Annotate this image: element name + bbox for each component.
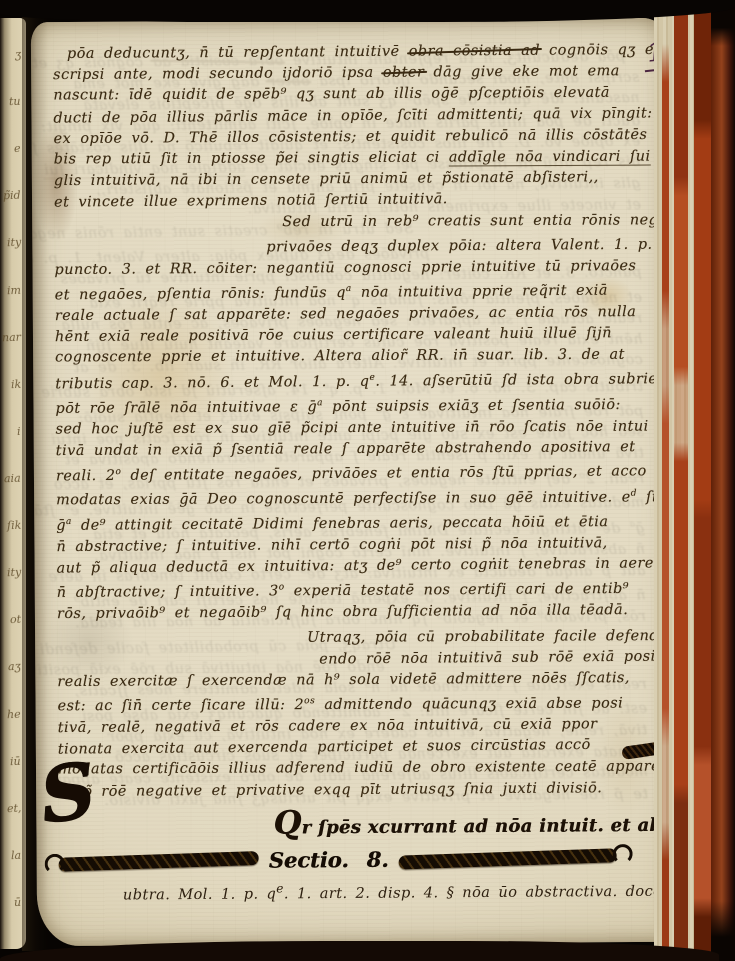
- margin-fragment: im: [7, 283, 21, 296]
- manuscript-page: pōa deducuntʒ, n̄ tū repſentant intuitiv…: [31, 18, 677, 946]
- text-line: modatas exias ḡā Deo cognoscuntē perfect…: [56, 484, 648, 512]
- facing-page-text-fragments: ʒtuep̃idityimnarikiaiaſikityotaʒheiūet,l…: [0, 48, 24, 909]
- gutter-shadow: [22, 16, 48, 951]
- text-line: pōt rōe ſrālē nōa intuitivae ε ḡa pōnt s…: [55, 391, 647, 420]
- red-fore-edge: [654, 6, 714, 955]
- section-title: Sectio.: [269, 847, 349, 873]
- margin-fragment: iū: [10, 754, 21, 767]
- margin-fragment: et,: [6, 802, 21, 815]
- margin-fragment: aʒ: [8, 660, 21, 673]
- margin-fragment: tu: [9, 95, 21, 108]
- manuscript-photo: ʒtuep̃idityimnarikiaiaſikityotaʒheiūet,l…: [0, 0, 735, 961]
- citation-line: ubtra. Mol. 1. p. qe. 1. art. 2. disp. 4…: [59, 879, 651, 904]
- text-line: privaōes deqʒ duplex pōia: altera Valent…: [266, 231, 646, 259]
- text-line: Sed utrū in reb⁹ creatis sunt entia rōni…: [282, 210, 646, 233]
- body-text: pōa deducuntʒ, n̄ tū repſentant intuitiv…: [53, 40, 650, 803]
- text-line: modatas certificāōis illius adferend iud…: [58, 757, 650, 781]
- margin-fragment: la: [11, 849, 22, 862]
- margin-fragment: p̃id: [3, 189, 21, 203]
- margin-fragment: ū: [14, 896, 22, 909]
- margin-fragment: he: [7, 707, 21, 720]
- margin-fragment: ʒ: [15, 48, 22, 61]
- text-line: et negaōes, pſentia rōnis: fundūs qa nōa…: [55, 276, 647, 306]
- margin-fragment: nar: [2, 330, 21, 344]
- text-line: endo rōē nōa intuitivā sub rōē exiā posi…: [319, 646, 649, 670]
- margin-fragment: ity: [7, 236, 22, 249]
- text-line: tributis cap. 3. nō. 6. et Mol. 1. p. qe…: [55, 365, 647, 395]
- section-heading-script: Qr ſpēs xcurrant ad nōa intuit. et abstr…: [273, 801, 650, 842]
- margin-fragment: ik: [11, 378, 22, 391]
- margin-fragment: aia: [4, 472, 21, 486]
- text-line: te p̃ rōē negative et privative exqq pīt…: [58, 778, 650, 803]
- text-line: bis rep utiū ſit in ptiosse p̃ei singtis…: [54, 147, 646, 171]
- binding-edge: [711, 0, 735, 961]
- section-number: 8.: [367, 847, 389, 872]
- text-line: Utraqʒ, pōia cū probabilitate facile def…: [307, 622, 649, 649]
- margin-fragment: ſik: [7, 519, 22, 532]
- margin-fragment: ot: [10, 613, 21, 626]
- text-line: sed hoc juſtē est ex suo gīē p̃cipi ante…: [56, 416, 648, 440]
- margin-fragment: i: [17, 425, 21, 438]
- text-line: est: ac ſin̄ certe ſicare illū: 2os admi…: [57, 690, 649, 718]
- braid-ornament-left: [59, 851, 259, 872]
- red-streak: [662, 6, 669, 955]
- braid-ornament-right: [398, 848, 616, 869]
- margin-fragment: ity: [7, 566, 22, 579]
- text-column: pōa deducuntʒ, n̄ tū repſentant intuitiv…: [53, 40, 651, 904]
- section-title-row: Sectio. 8.: [59, 843, 651, 877]
- margin-fragment: e: [14, 142, 21, 155]
- red-streak: [674, 6, 688, 955]
- red-streak: [694, 6, 711, 955]
